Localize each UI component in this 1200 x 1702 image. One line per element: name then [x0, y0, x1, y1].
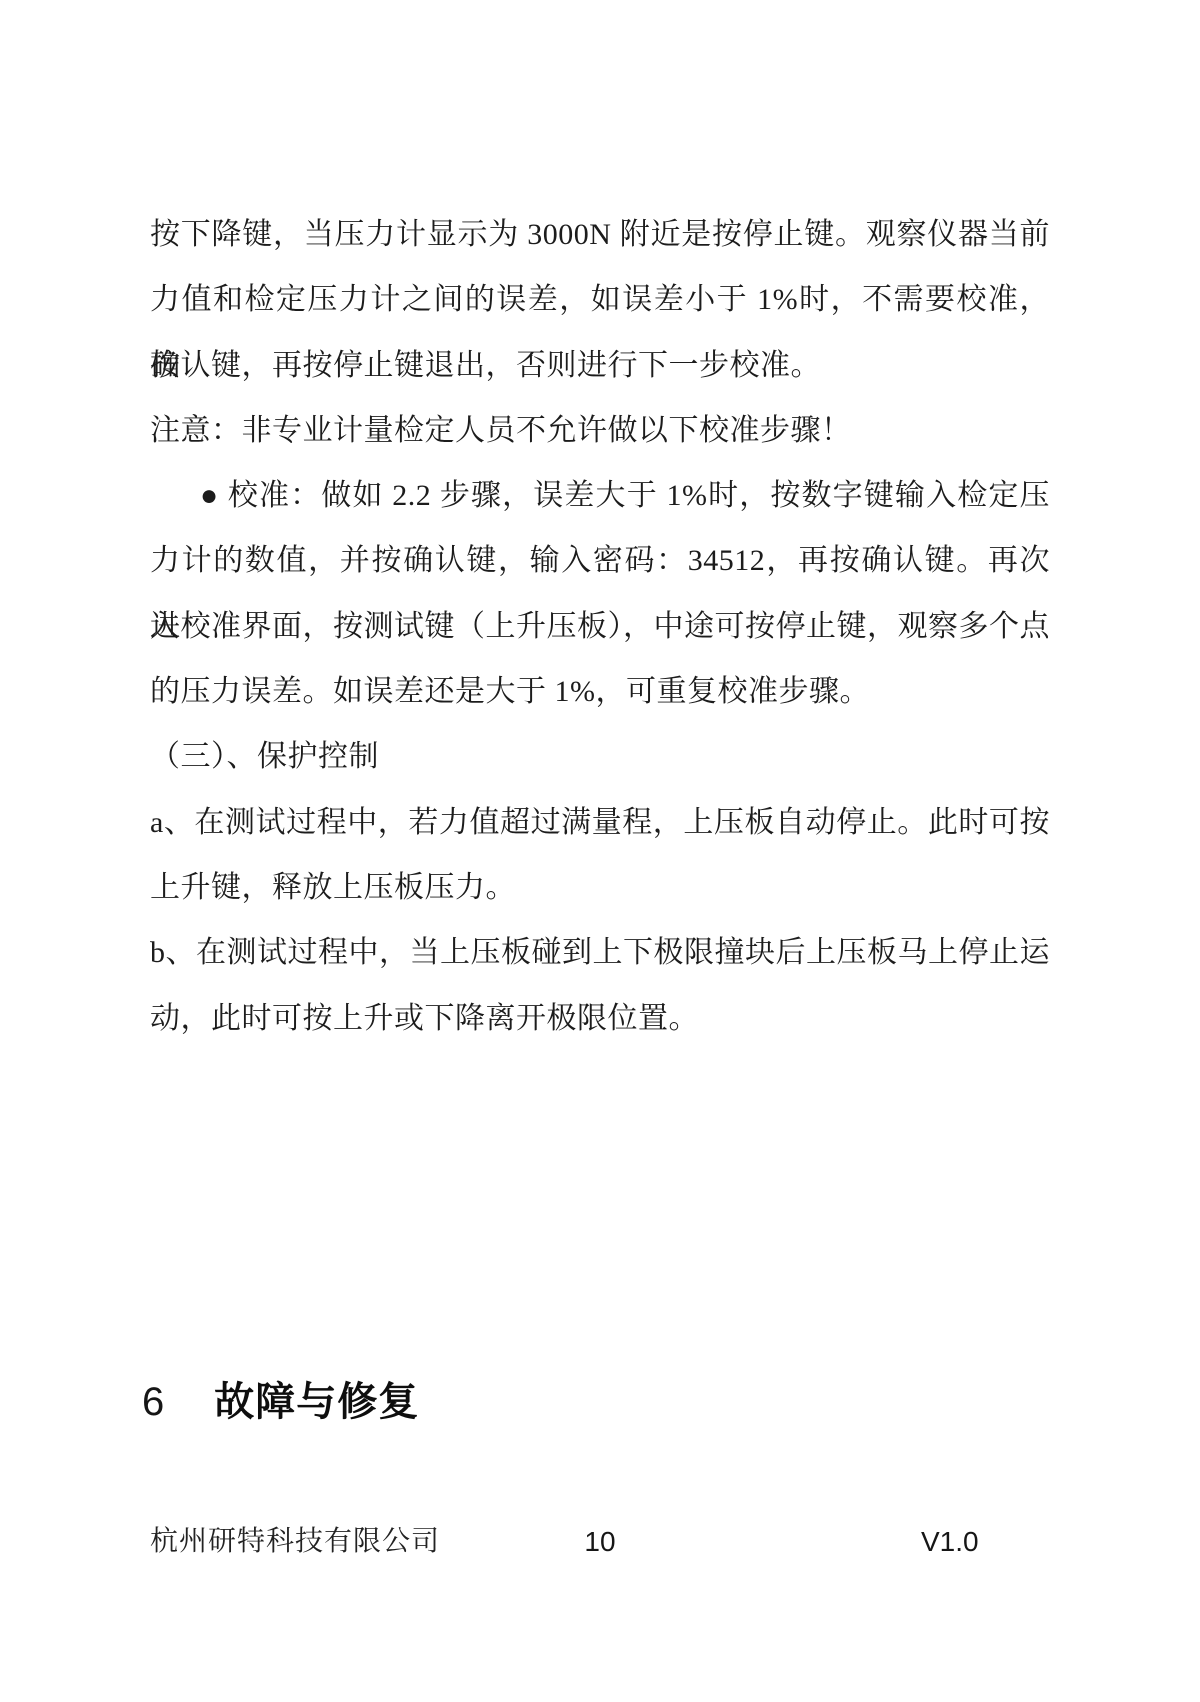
section-title: 故障与修复 — [214, 1378, 419, 1426]
body-line-bullet: ● 校准：做如 2.2 步骤，误差大于 1%时，按数字键输入检定压 — [150, 463, 1050, 528]
section-number: 6 — [142, 1378, 164, 1426]
body-text-block: 按下降键，当压力计显示为 3000N 附近是按停止键。观察仪器当前 力值和检定压… — [150, 202, 1050, 1051]
body-line: 动，此时可按上升或下降离开极限位置。 — [150, 986, 1050, 1051]
footer-page-number: 10 — [584, 1524, 615, 1560]
body-line: 力计的数值，并按确认键，输入密码：34512，再按确认键。再次进 — [150, 528, 1050, 593]
section-heading: 6 故障与修复 — [142, 1378, 419, 1426]
footer-version: V1.0 — [921, 1524, 979, 1560]
body-line: 确认键，再按停止键退出，否则进行下一步校准。 — [150, 333, 1050, 398]
body-line: 力值和检定压力计之间的误差，如误差小于 1%时，不需要校准，按 — [150, 267, 1050, 332]
document-page: 按下降键，当压力计显示为 3000N 附近是按停止键。观察仪器当前 力值和检定压… — [0, 0, 1200, 1702]
subsection-heading: （三）、保护控制 — [150, 724, 1050, 789]
body-line: 注意：非专业计量检定人员不允许做以下校准步骤！ — [150, 398, 1050, 463]
body-line: 入校准界面，按测试键（上升压板），中途可按停止键，观察多个点 — [150, 594, 1050, 659]
page-footer: 杭州研特科技有限公司 10 V1.0 — [0, 1524, 1200, 1564]
body-line: b、在测试过程中，当上压板碰到上下极限撞块后上压板马上停止运 — [150, 920, 1050, 985]
body-line: 的压力误差。如误差还是大于 1%，可重复校准步骤。 — [150, 659, 1050, 724]
body-line: 上升键，释放上压板压力。 — [150, 855, 1050, 920]
body-line: 按下降键，当压力计显示为 3000N 附近是按停止键。观察仪器当前 — [150, 202, 1050, 267]
footer-company: 杭州研特科技有限公司 — [150, 1524, 440, 1560]
body-line: a、在测试过程中，若力值超过满量程，上压板自动停止。此时可按 — [150, 790, 1050, 855]
